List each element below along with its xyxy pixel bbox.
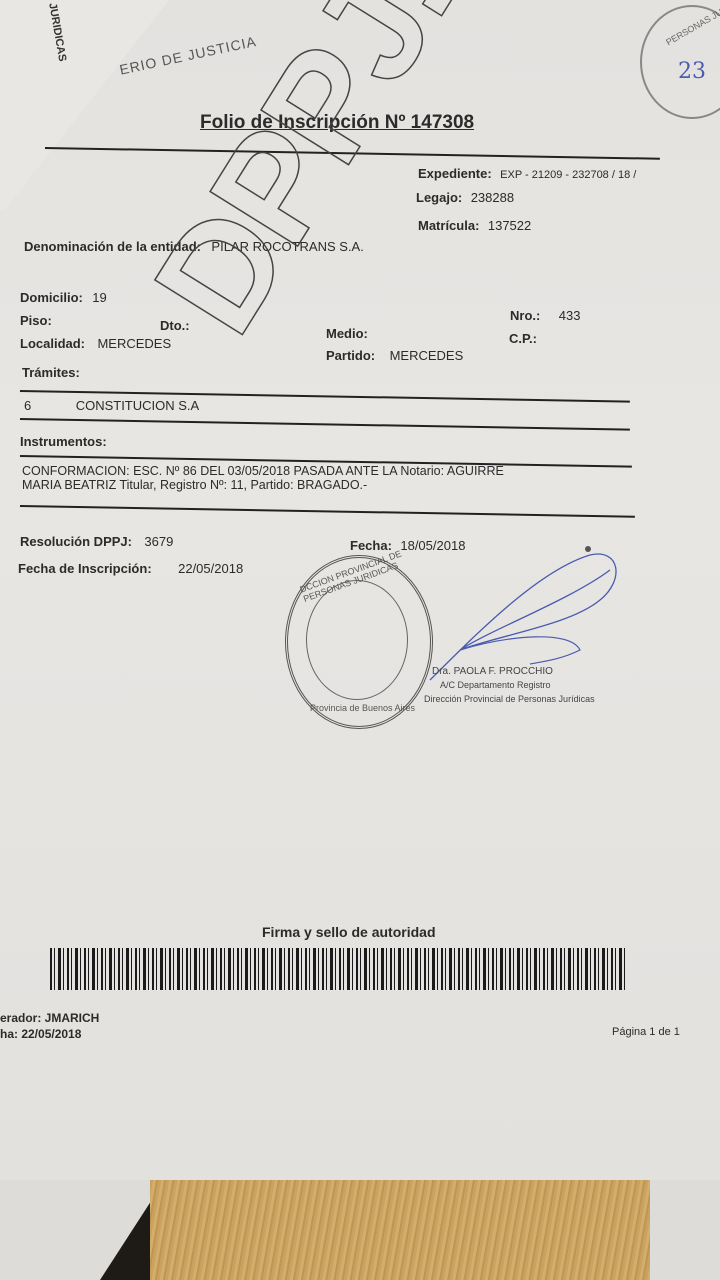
resolucion-label: Resolución DPPJ: xyxy=(20,534,132,549)
resolucion-value: 3679 xyxy=(144,534,173,549)
expediente-row: Expediente: EXP - 21209 - 232708 / 18 / xyxy=(418,165,636,183)
domicilio-value: 19 xyxy=(92,290,106,305)
medio-label: Medio: xyxy=(326,326,368,341)
fecha-label: Fecha: xyxy=(350,538,392,553)
partido-label: Partido: xyxy=(326,348,375,363)
signatory-role: A/C Departamento Registro xyxy=(440,680,551,690)
domicilio-row: Domicilio: 19 xyxy=(20,289,107,307)
inscripcion-label: Fecha de Inscripción: xyxy=(18,561,152,576)
inscripcion-row: Fecha de Inscripción: 22/05/2018 xyxy=(18,560,243,578)
tramites-row: 6 CONSTITUCION S.A xyxy=(24,397,199,415)
firma-label: Firma y sello de autoridad xyxy=(262,924,436,940)
wooden-table xyxy=(150,1180,650,1280)
nro-label: Nro.: xyxy=(510,308,540,323)
expediente-value: EXP - 21209 - 232708 / 18 / xyxy=(500,169,636,181)
localidad-value: MERCEDES xyxy=(97,336,171,351)
corner-stamp-text: PERSONAS JURIDICAS xyxy=(664,0,720,47)
localidad-row: Localidad: MERCEDES xyxy=(20,335,171,353)
resolucion-row: Resolución DPPJ: 3679 xyxy=(20,533,173,551)
matricula-value: 137522 xyxy=(488,218,531,233)
legajo-label: Legajo: xyxy=(416,190,462,205)
barcode xyxy=(50,948,625,990)
instrumentos-rule-bottom xyxy=(20,505,635,518)
corner-stamp-number: 23 xyxy=(678,59,706,84)
folded-sheet-corner xyxy=(0,0,200,210)
nro-value: 433 xyxy=(559,308,581,323)
partido-row: Partido: MERCEDES xyxy=(326,347,463,365)
signatory-office: Dirección Provincial de Personas Jurídic… xyxy=(424,694,595,704)
table-shadow xyxy=(100,1195,155,1280)
localidad-label: Localidad: xyxy=(20,336,85,351)
legajo-value: 238288 xyxy=(471,190,514,205)
instrumentos-line-1: CONFORMACION: ESC. Nº 86 DEL 03/05/2018 … xyxy=(22,464,504,478)
cp-label: C.P.: xyxy=(509,331,537,346)
partido-value: MERCEDES xyxy=(390,348,464,363)
dto-label: Dto.: xyxy=(160,318,190,333)
ministerio-header: ERIO DE JUSTICIA xyxy=(118,33,258,78)
official-seal: DCCION PROVINCIAL DE PERSONAS JURIDICAS … xyxy=(285,555,433,729)
operador-text: erador: JMARICH xyxy=(0,1011,99,1025)
legajo-row: Legajo: 238288 xyxy=(416,189,514,207)
seal-bottom-text: Provincia de Buenos Aires xyxy=(310,703,415,713)
tramites-value: CONSTITUCION S.A xyxy=(76,398,200,413)
tramites-rule-bottom xyxy=(20,418,630,431)
tramites-label: Trámites: xyxy=(22,365,80,380)
footer-fecha-text: ha: 22/05/2018 xyxy=(0,1027,81,1041)
tramites-code: 6 xyxy=(24,398,31,413)
page-number: Página 1 de 1 xyxy=(612,1026,680,1038)
matricula-label: Matrícula: xyxy=(418,218,479,233)
inscripcion-value: 22/05/2018 xyxy=(178,561,243,576)
document-page: JURIDICAS ERIO DE JUSTICIA PERSONAS JURI… xyxy=(0,0,720,1180)
instrumentos-label: Instrumentos: xyxy=(20,434,107,449)
instrumentos-line-2: MARIA BEATRIZ Titular, Registro Nº: 11, … xyxy=(22,478,367,492)
piso-label: Piso: xyxy=(20,313,52,328)
nro-row: Nro.: 433 xyxy=(510,307,581,325)
expediente-label: Expediente: xyxy=(418,166,492,181)
corner-stamp: PERSONAS JURIDICAS 23 xyxy=(640,5,720,119)
signatory-name: Dra. PAOLA F. PROCCHIO xyxy=(432,666,553,677)
domicilio-label: Domicilio: xyxy=(20,290,83,305)
matricula-row: Matrícula: 137522 xyxy=(418,217,531,235)
